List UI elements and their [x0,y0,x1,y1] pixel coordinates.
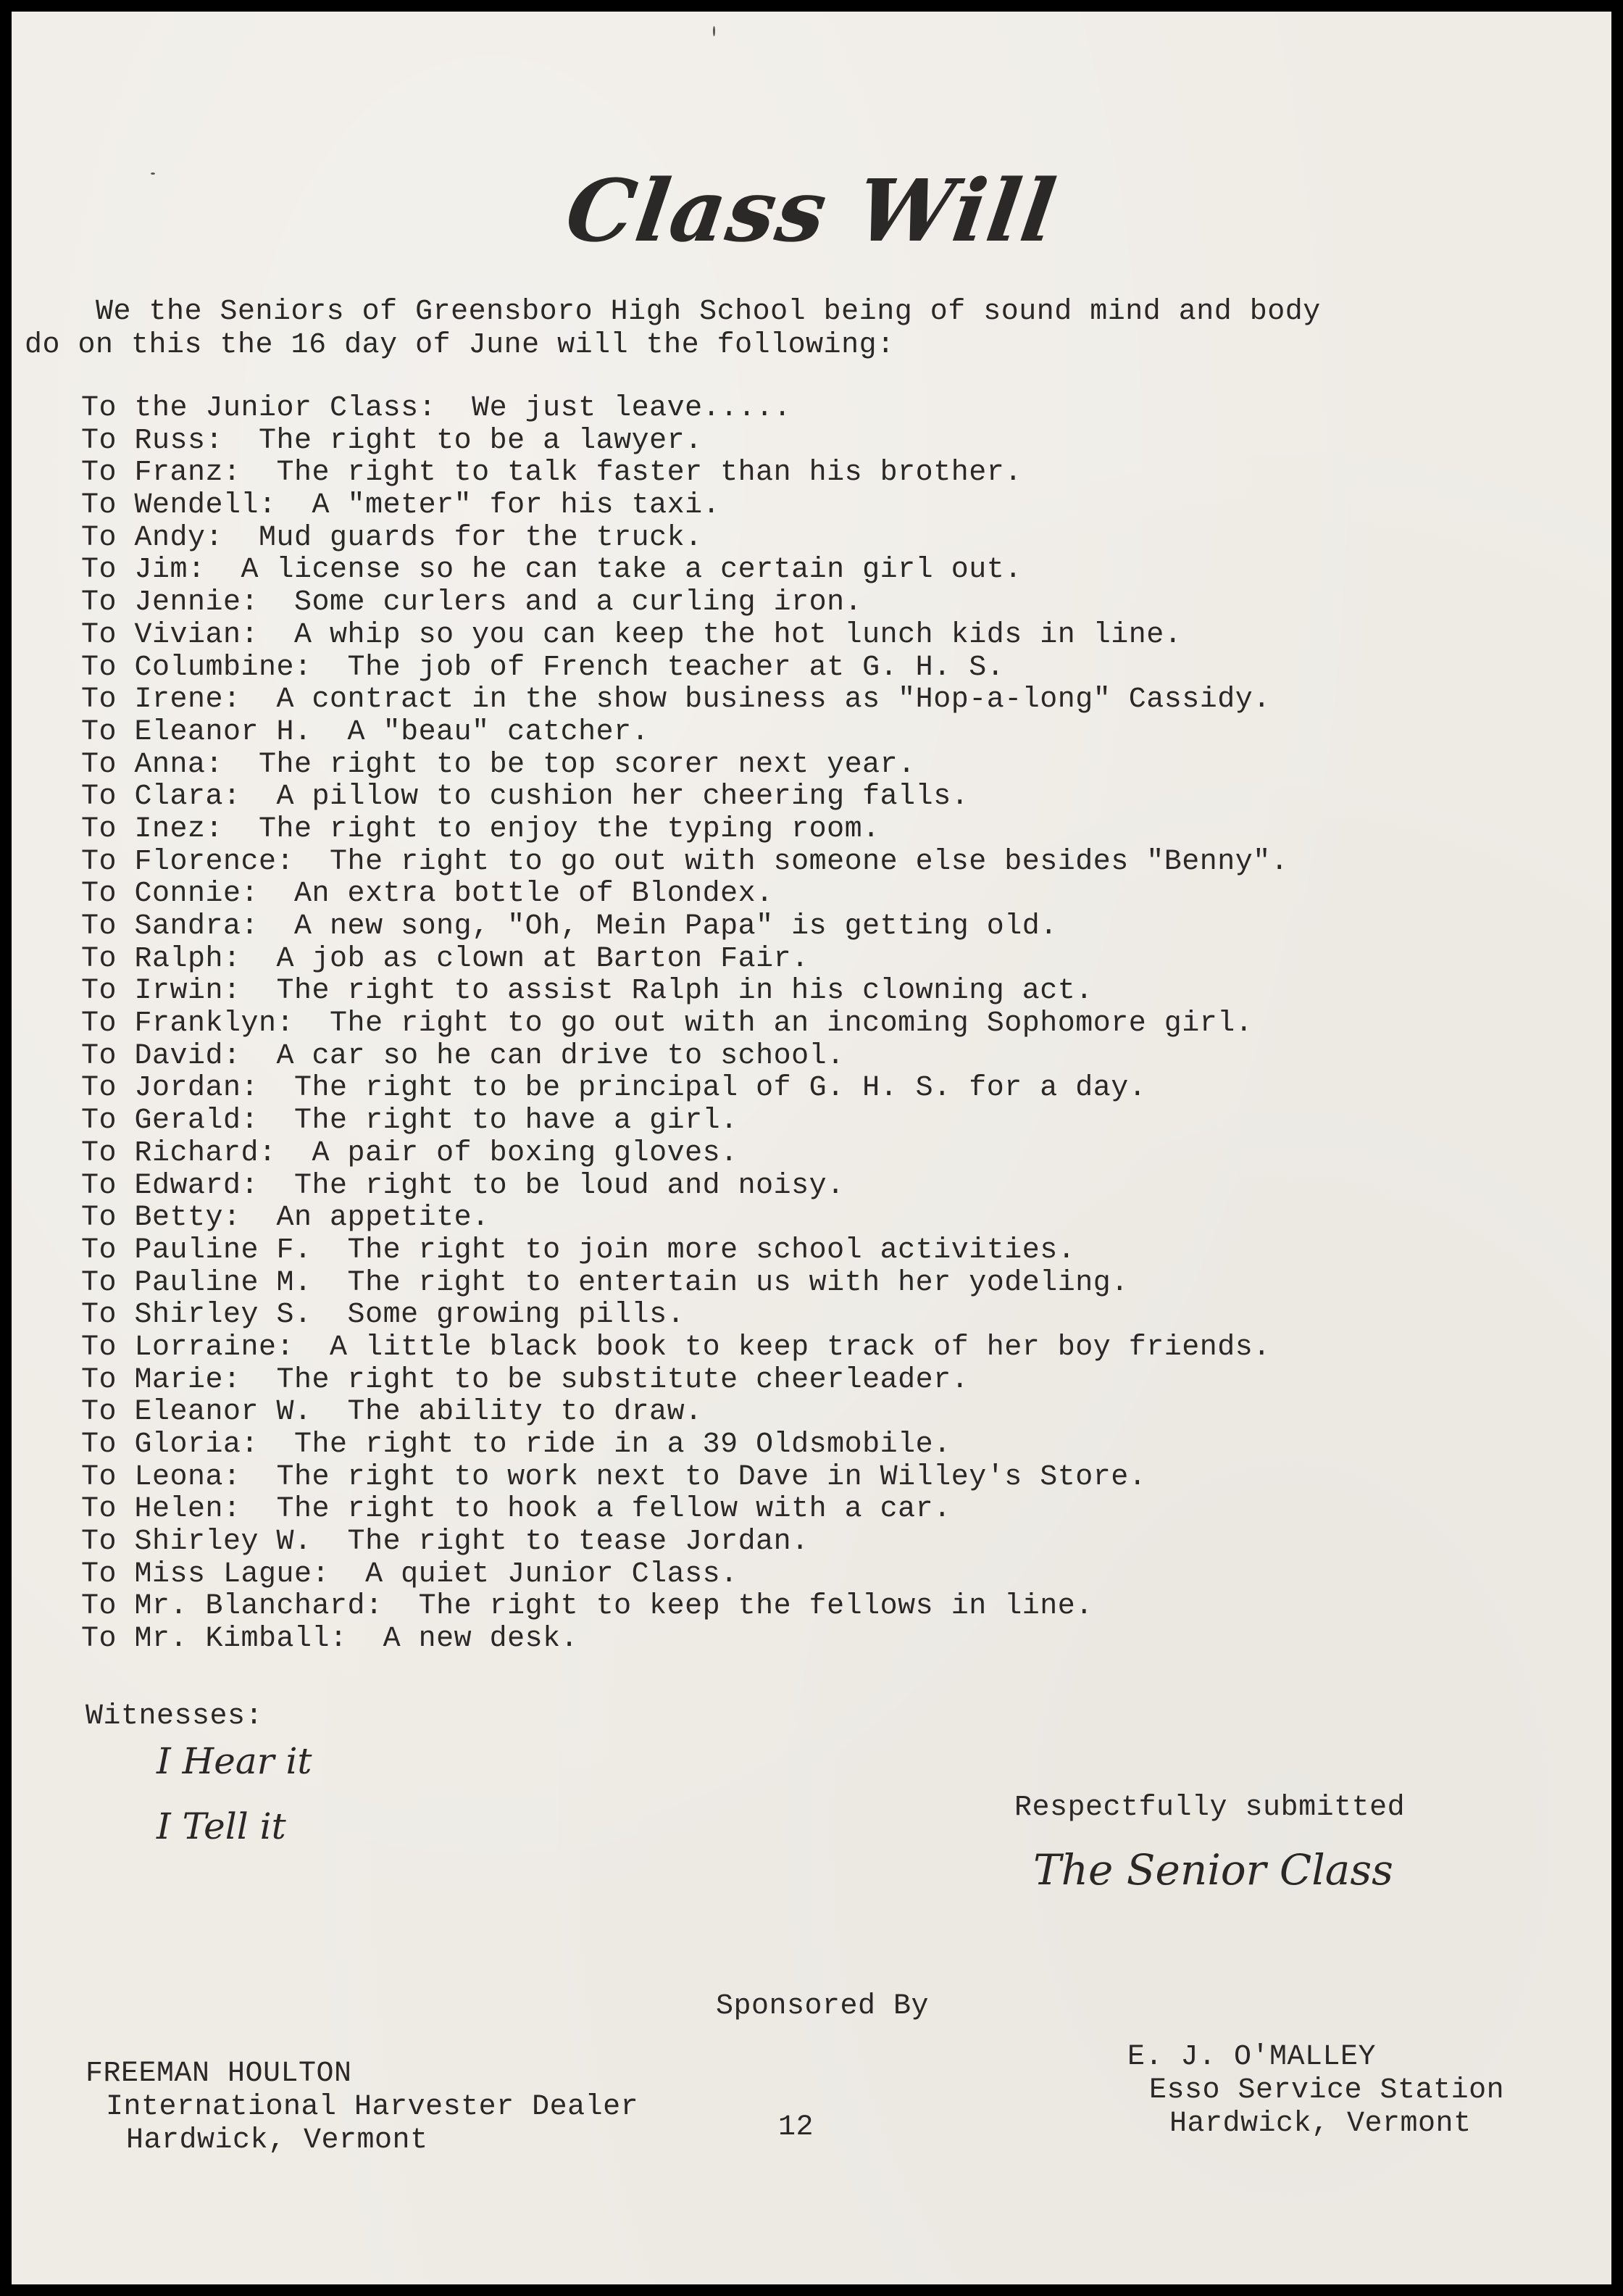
paper-speck [713,26,715,36]
list-item: To Helen: The right to hook a fellow wit… [81,1494,1288,1526]
sponsor-right-name: E. J. O'MALLEY [1127,2041,1504,2074]
list-item: To Jennie: Some curlers and a curling ir… [81,587,1288,620]
sponsor-left-location: Hardwick, Vermont [85,2124,638,2158]
list-item: To Sandra: A new song, "Oh, Mein Papa" i… [81,911,1288,944]
sponsor-right-location: Hardwick, Vermont [1127,2108,1504,2141]
list-item: To Shirley S. Some growing pills. [81,1299,1288,1332]
list-item: To Marie: The right to be substitute che… [81,1365,1288,1397]
list-item: To Pauline M. The right to entertain us … [81,1268,1288,1300]
list-item: To Inez: The right to enjoy the typing r… [81,814,1288,847]
list-item: To Jordan: The right to be principal of … [81,1073,1288,1105]
document-page: Class Will We the Seniors of Greensboro … [12,12,1611,2284]
list-item: To Jim: A license so he can take a certa… [81,554,1288,587]
list-item: To Eleanor H. A "beau" catcher. [81,717,1288,749]
witness-signature-2: I Tell it [157,1805,286,1847]
list-item: To Miss Lague: A quiet Junior Class. [81,1559,1288,1592]
list-item: To Mr. Blanchard: The right to keep the … [81,1591,1288,1623]
list-item: To Ralph: A job as clown at Barton Fair. [81,944,1288,976]
list-item: To Richard: A pair of boxing gloves. [81,1138,1288,1170]
witnesses-label: Witnesses: [85,1700,263,1733]
list-item: To Russ: The right to be a lawyer. [81,425,1288,458]
sponsor-right-business: Esso Service Station [1127,2074,1504,2108]
sponsor-left-name: FREEMAN HOULTON [85,2058,638,2091]
list-item: To Shirley W. The right to tease Jordan. [81,1526,1288,1559]
list-item: To Wendell: A "meter" for his taxi. [81,490,1288,523]
list-item: To Anna: The right to be top scorer next… [81,749,1288,782]
sponsored-by-heading: Sponsored By [12,1990,1611,2023]
sponsor-left: FREEMAN HOULTON International Harvester … [85,2058,638,2158]
list-item: To Leona: The right to work next to Dave… [81,1462,1288,1494]
bequest-list: To the Junior Class: We just leave..... … [81,393,1288,1656]
list-item: To Andy: Mud guards for the truck. [81,523,1288,555]
list-item: To Clara: A pillow to cushion her cheeri… [81,781,1288,814]
list-item: To Eleanor W. The ability to draw. [81,1397,1288,1429]
page-title: Class Will [4,160,1619,261]
page-number: 12 [778,2111,814,2144]
list-item: To Lorraine: A little black book to keep… [81,1332,1288,1365]
intro-paragraph: We the Seniors of Greensboro High School… [25,296,1321,362]
list-item: To Betty: An appetite. [81,1202,1288,1235]
intro-line-2: do on this the 16 day of June will the f… [25,329,1321,362]
list-item: To Florence: The right to go out with so… [81,847,1288,879]
list-item: To Mr. Kimball: A new desk. [81,1623,1288,1656]
witness-signature-1: I Hear it [157,1740,312,1782]
list-item: To Columbine: The job of French teacher … [81,652,1288,685]
list-item: To the Junior Class: We just leave..... [81,393,1288,425]
list-item: To Irene: A contract in the show busines… [81,684,1288,717]
list-item: To Edward: The right to be loud and nois… [81,1170,1288,1203]
submitted-label: Respectfully submitted [1014,1792,1405,1824]
sponsor-left-business: International Harvester Dealer [85,2091,638,2124]
intro-line-1: We the Seniors of Greensboro High School… [25,296,1321,329]
list-item: To Franklyn: The right to go out with an… [81,1008,1288,1041]
list-item: To Franz: The right to talk faster than … [81,457,1288,490]
list-item: To Irwin: The right to assist Ralph in h… [81,976,1288,1008]
list-item: To Gerald: The right to have a girl. [81,1105,1288,1138]
list-item: To Pauline F. The right to join more sch… [81,1235,1288,1268]
list-item: To Gloria: The right to ride in a 39 Old… [81,1429,1288,1462]
list-item: To Vivian: A whip so you can keep the ho… [81,620,1288,652]
list-item: To Connie: An extra bottle of Blondex. [81,878,1288,911]
sponsor-right: E. J. O'MALLEY Esso Service Station Hard… [1127,2041,1504,2141]
senior-class-signature: The Senior Class [1033,1845,1393,1894]
list-item: To David: A car so he can drive to schoo… [81,1041,1288,1073]
